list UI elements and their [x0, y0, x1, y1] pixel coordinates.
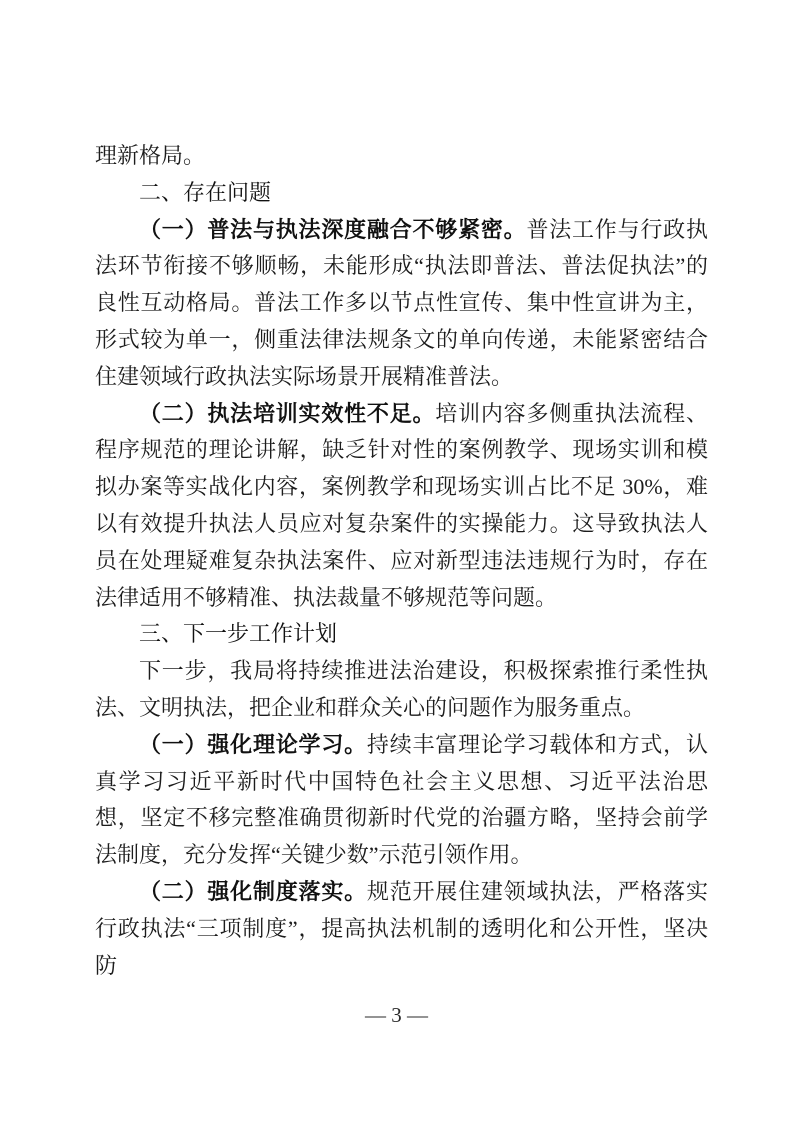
paragraph-lead: （二）强化制度落实。: [139, 879, 367, 904]
paragraph-lead: （二）执法培训实效性不足。: [139, 401, 435, 426]
paragraph-lead: （一）强化理论学习。: [139, 732, 367, 757]
paragraph-text: 培训内容多侧重执法流程、程序规范的理论讲解，缺乏针对性的案例教学、现场实训和模拟…: [95, 401, 708, 610]
paragraph-lead: （一）普法与执法深度融合不够紧密。: [139, 217, 526, 242]
paragraph-problem-1: （一）普法与执法深度融合不够紧密。普法工作与行政执法环节衔接不够顺畅，未能形成“…: [95, 212, 708, 396]
document-body: 理新格局。 二、存在问题 （一）普法与执法深度融合不够紧密。普法工作与行政执法环…: [95, 138, 708, 984]
paragraph-plan-2: （二）强化制度落实。规范开展住建领域执法，严格落实行政执法“三项制度”，提高执法…: [95, 874, 708, 984]
paragraph-next-steps-intro: 下一步，我局将持续推进法治建设，积极探索推行柔性执法、文明执法，把企业和群众关心…: [95, 653, 708, 727]
paragraph-continuation: 理新格局。: [95, 138, 708, 175]
section-heading-next-steps: 三、下一步工作计划: [95, 616, 708, 653]
paragraph-text: 普法工作与行政执法环节衔接不够顺畅，未能形成“执法即普法、普法促执法”的良性互动…: [95, 217, 708, 389]
paragraph-text: 下一步，我局将持续推进法治建设，积极探索推行柔性执法、文明执法，把企业和群众关心…: [95, 658, 708, 720]
paragraph-plan-1: （一）强化理论学习。持续丰富理论学习载体和方式，认真学习习近平新时代中国特色社会…: [95, 727, 708, 874]
page-number: — 3 —: [0, 1001, 793, 1029]
document-page: 理新格局。 二、存在问题 （一）普法与执法深度融合不够紧密。普法工作与行政执法环…: [0, 0, 793, 1122]
section-heading-existing-problems: 二、存在问题: [95, 175, 708, 212]
paragraph-problem-2: （二）执法培训实效性不足。培训内容多侧重执法流程、程序规范的理论讲解，缺乏针对性…: [95, 396, 708, 617]
